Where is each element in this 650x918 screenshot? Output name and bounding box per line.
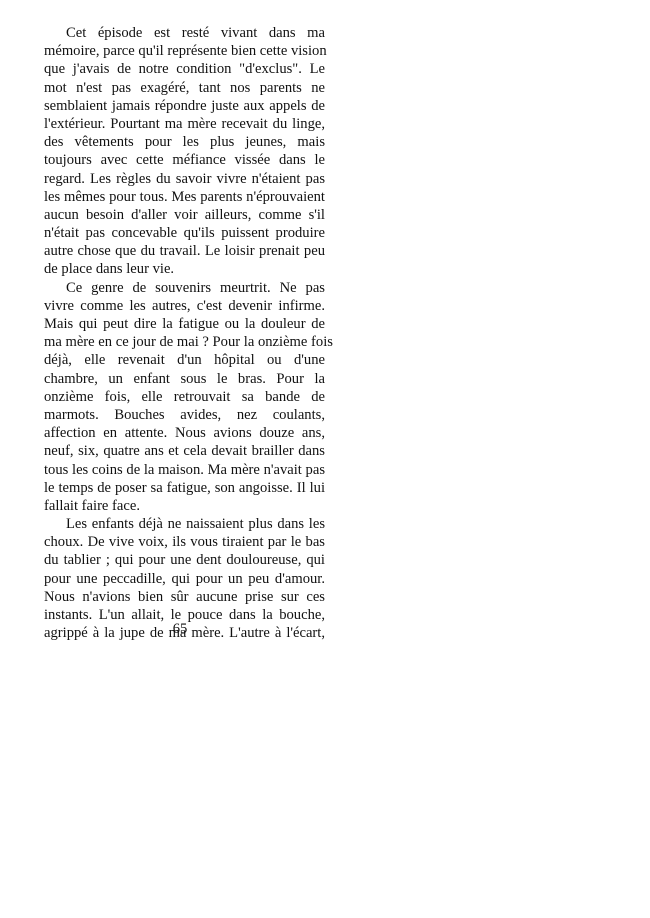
text-line: ma mère en ce jour de mai ? Pour la onzi… bbox=[44, 333, 325, 351]
text-line: vivre comme les autres, c'est devenir in… bbox=[44, 297, 325, 315]
text-line: regard. Les règles du savoir vivre n'éta… bbox=[44, 170, 325, 188]
text-line: marmots. Bouches avides, nez coulants, bbox=[44, 406, 325, 424]
text-line: onzième fois, elle retrouvait sa bande d… bbox=[44, 388, 325, 406]
text-line: l'extérieur. Pourtant ma mère recevait d… bbox=[44, 115, 325, 133]
text-line: Mais qui peut dire la fatigue ou la doul… bbox=[44, 315, 325, 333]
text-line: Nous n'avions bien sûr aucune prise sur … bbox=[44, 588, 325, 606]
page-number: 65 bbox=[0, 620, 360, 638]
page-body: Cet épisode est resté vivant dans ma mém… bbox=[44, 24, 325, 642]
text-line: aucun besoin d'aller voir ailleurs, comm… bbox=[44, 206, 325, 224]
text-line: du tablier ; qui pour une dent douloureu… bbox=[44, 551, 325, 569]
text-line: que j'avais de notre condition "d'exclus… bbox=[44, 60, 325, 78]
text-line: tous les coins de la maison. Ma mère n'a… bbox=[44, 461, 325, 479]
paragraph-2: Ce genre de souvenirs meurtrit. Ne pas v… bbox=[44, 279, 325, 515]
text-line: les mêmes pour tous. Mes parents n'éprou… bbox=[44, 188, 325, 206]
text-line: n'était pas concevable qu'ils puissent p… bbox=[44, 224, 325, 242]
text-line: toujours avec cette méfiance vissée dans… bbox=[44, 151, 325, 169]
text-line: semblaient jamais répondre juste aux app… bbox=[44, 97, 325, 115]
text-line: neuf, six, quatre ans et cela devait bra… bbox=[44, 442, 325, 460]
text-line: Les enfants déjà ne naissaient plus dans… bbox=[44, 515, 325, 533]
text-line: déjà, elle revenait d'un hôpital ou d'un… bbox=[44, 351, 325, 369]
text-line: de place dans leur vie. bbox=[44, 260, 325, 278]
text-line: mémoire, parce qu'il représente bien cet… bbox=[44, 42, 325, 60]
text-line: affection en attente. Nous avions douze … bbox=[44, 424, 325, 442]
text-line: Cet épisode est resté vivant dans ma bbox=[44, 24, 325, 42]
text-line: autre chose que du travail. Le loisir pr… bbox=[44, 242, 325, 260]
text-line: chambre, un enfant sous le bras. Pour la bbox=[44, 370, 325, 388]
text-line: pour une peccadille, qui pour un peu d'a… bbox=[44, 570, 325, 588]
text-line: des vêtements pour les plus jeunes, mais bbox=[44, 133, 325, 151]
text-line: mot n'est pas exagéré, tant nos parents … bbox=[44, 79, 325, 97]
paragraph-1: Cet épisode est resté vivant dans ma mém… bbox=[44, 24, 325, 279]
text-line: Ce genre de souvenirs meurtrit. Ne pas bbox=[44, 279, 325, 297]
text-line: choux. De vive voix, ils vous tiraient p… bbox=[44, 533, 325, 551]
text-line: fallait faire face. bbox=[44, 497, 325, 515]
text-line: le temps de poser sa fatigue, son angois… bbox=[44, 479, 325, 497]
